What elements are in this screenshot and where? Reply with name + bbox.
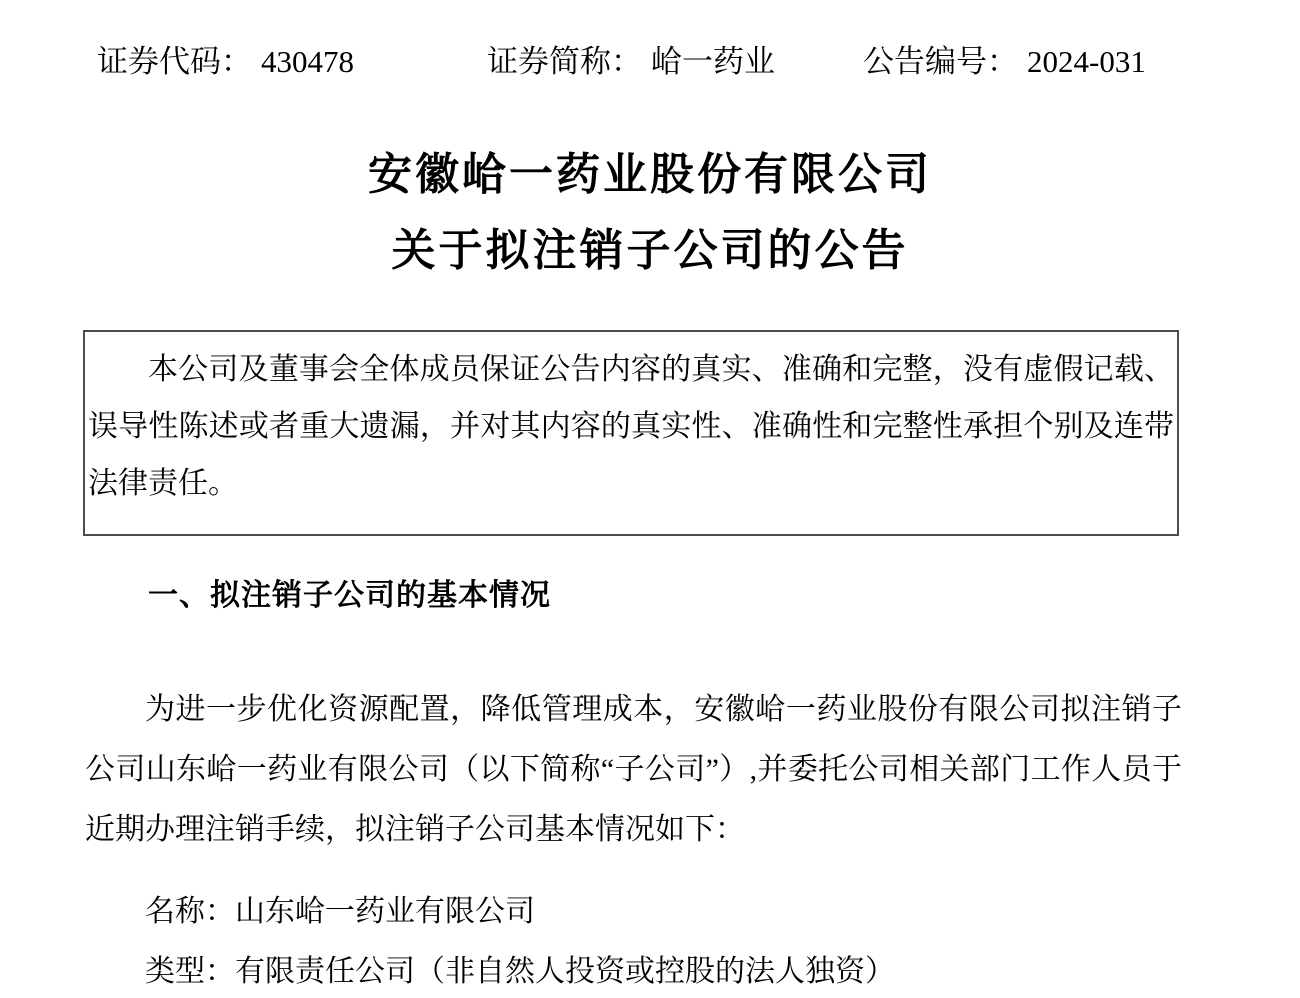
section-1-paragraph: 为进一步优化资源配置，降低管理成本，安徽峆一药业股份有限公司拟注销子公司山东峆一…: [85, 680, 1182, 860]
stock-code-value: 430478: [261, 44, 354, 79]
company-name-title: 安徽峆一药业股份有限公司: [0, 138, 1300, 202]
stock-short-name-value: 峆一药业: [651, 44, 775, 79]
board-disclaimer-text: 本公司及董事会全体成员保证公告内容的真实、准确和完整，没有虚假记载、误导性陈述或…: [88, 341, 1174, 512]
announcement-number-label: 公告编号：: [863, 44, 1018, 79]
document-header-row: 证券代码：430478 证券简称：峆一药业 公告编号：2024-031: [0, 36, 1300, 76]
stock-short-name-label: 证券简称：: [487, 44, 642, 79]
announcement-document-page: 证券代码：430478 证券简称：峆一药业 公告编号：2024-031 安徽峆一…: [0, 0, 1300, 998]
subsidiary-name-line: 名称：山东峆一药业有限公司: [145, 886, 535, 930]
announcement-number-value: 2024-031: [1027, 44, 1146, 79]
stock-short-name: 证券简称：峆一药业: [487, 36, 775, 81]
section-1-heading: 一、拟注销子公司的基本情况: [148, 570, 551, 614]
board-disclaimer-box: 本公司及董事会全体成员保证公告内容的真实、准确和完整，没有虚假记载、误导性陈述或…: [83, 330, 1179, 536]
stock-code-label: 证券代码：: [97, 44, 252, 79]
subsidiary-type-line: 类型：有限责任公司（非自然人投资或控股的法人独资）: [145, 946, 895, 990]
announcement-number: 公告编号：2024-031: [863, 36, 1146, 81]
announcement-subject-title: 关于拟注销子公司的公告: [0, 214, 1300, 278]
stock-code: 证券代码：430478: [97, 36, 354, 81]
